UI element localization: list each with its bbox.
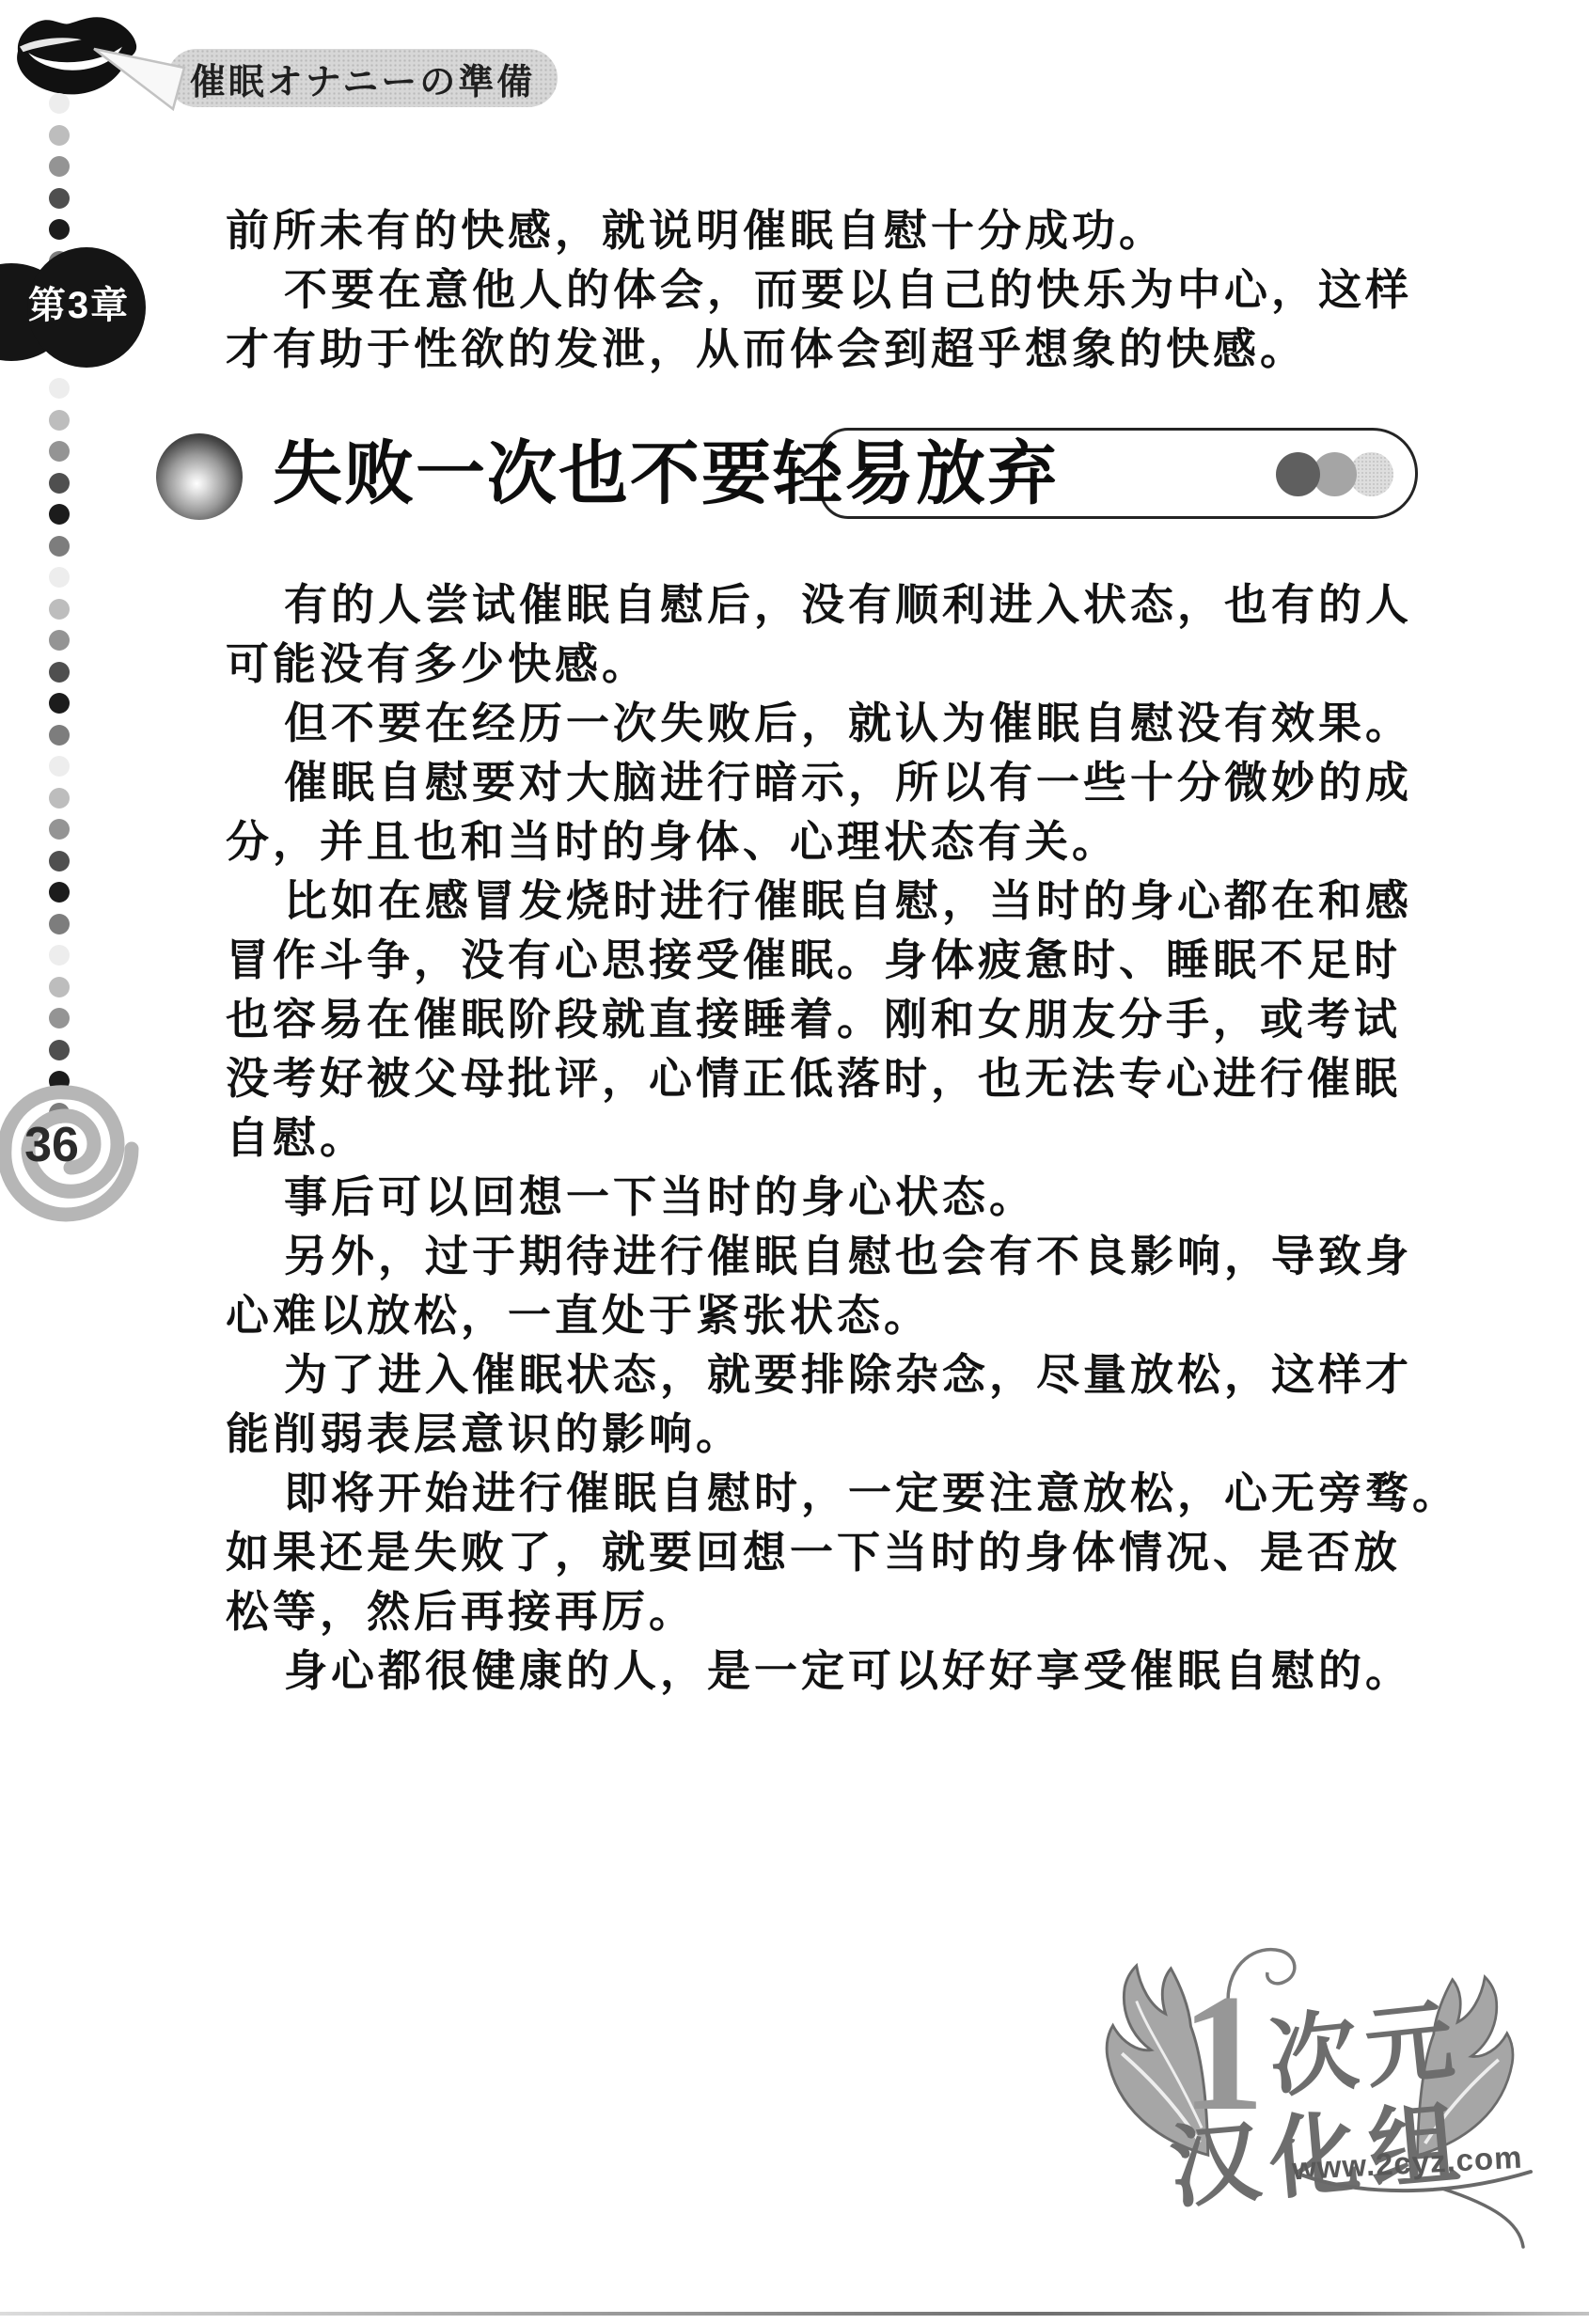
rail-dot-icon	[49, 1008, 70, 1029]
text-line: 另外，过于期待进行催眠自慰也会有不良影响，导致身	[226, 1227, 1429, 1286]
text-line: 比如在感冒发烧时进行催眠自慰，当时的身心都在和感	[226, 871, 1429, 931]
text-line: 如果还是失败了，就要回想一下当时的身体情况、是否放	[226, 1523, 1429, 1582]
rail-dot-icon	[49, 756, 70, 777]
rail-dot-icon	[49, 914, 70, 934]
speech-tail-icon	[90, 39, 188, 115]
text-line: 没考好被父母批评，心情正低落时，也无法专心进行催眠	[226, 1049, 1429, 1108]
text-line: 即将开始进行催眠自慰时，一定要注意放松，心无旁骛。	[226, 1464, 1429, 1523]
rail-dot-icon	[49, 599, 70, 620]
rail-dot-icon	[49, 725, 70, 746]
page-number: 36	[21, 1121, 83, 1170]
text-line: 身心都很健康的人，是一定可以好好享受催眠自慰的。	[226, 1641, 1429, 1701]
rail-dot-icon	[49, 378, 70, 399]
rail-dot-icon	[49, 693, 70, 714]
text-line: 不要在意他人的体会，而要以自己的快乐为中心，这样	[226, 260, 1429, 320]
rail-dot-icon	[49, 473, 70, 494]
rail-dot-icon	[49, 788, 70, 809]
text-line: 但不要在经历一次失败后，就认为催眠自慰没有效果。	[226, 694, 1429, 753]
bottom-scan-line	[0, 2312, 1589, 2316]
rail-dot-icon	[49, 567, 70, 588]
text-line: 分，并且也和当时的身体、心理状态有关。	[226, 812, 1429, 871]
section-heading-title: 失败一次也不要轻易放弃	[273, 438, 1059, 510]
text-line: 催眠自慰要对大脑进行暗示，所以有一些十分微妙的成	[226, 753, 1429, 812]
header-tab-label: 催眠オナニーの準備	[190, 53, 535, 104]
rail-dot-icon	[49, 630, 70, 651]
watermark-underline-swoosh-icon	[1301, 2168, 1536, 2254]
pill-circle-icon	[1276, 452, 1320, 496]
rail-dot-icon	[49, 882, 70, 903]
text-line: 自慰。	[226, 1108, 1429, 1168]
rail-dot-icon	[49, 536, 70, 557]
watermark-digit: 1	[1181, 1972, 1265, 2132]
rail-dot-icon	[49, 945, 70, 966]
text-line: 能削弱表层意识的影响。	[226, 1405, 1429, 1464]
rail-dot-icon	[49, 125, 70, 146]
chapter-badge-label: 第3章	[21, 285, 137, 326]
rail-dot-icon	[49, 93, 70, 114]
text-line: 可能没有多少快感。	[226, 635, 1429, 694]
text-line: 才有助于性欲的发泄，从而体会到超乎想象的快感。	[226, 320, 1429, 379]
rail-dot-icon	[49, 819, 70, 840]
header-tab: 催眠オナニーの準備	[167, 49, 558, 107]
rail-dot-icon	[49, 504, 70, 525]
rail-dot-icon	[49, 662, 70, 683]
intro-paragraph: 前所未有的快感，就说明催眠自慰十分成功。不要在意他人的体会，而要以自己的快乐为中…	[226, 201, 1429, 379]
text-line: 冒作斗争，没有心思接受催眠。身体疲惫时、睡眠不足时	[226, 931, 1429, 990]
text-line: 有的人尝试催眠自慰后，没有顺利进入状态，也有的人	[226, 575, 1429, 635]
rail-dot-icon	[49, 441, 70, 462]
rail-dot-icon	[49, 851, 70, 871]
text-line: 为了进入催眠状态，就要排除杂念，尽量放松，这样才	[226, 1345, 1429, 1405]
text-line: 也容易在催眠阶段就直接睡着。刚和女朋友分手，或考试	[226, 990, 1429, 1049]
text-line: 事后可以回想一下当时的身心状态。	[226, 1168, 1429, 1227]
rail-dot-icon	[49, 219, 70, 240]
text-line: 心难以放松，一直处于紧张状态。	[226, 1286, 1429, 1345]
rail-dot-icon	[49, 1040, 70, 1060]
watermark-word1: 次元	[1265, 1993, 1465, 2107]
rail-dot-icon	[49, 977, 70, 997]
text-line: 松等，然后再接再厉。	[226, 1582, 1429, 1641]
body-paragraphs: 有的人尝试催眠自慰后，没有顺利进入状态，也有的人可能没有多少快感。但不要在经历一…	[226, 575, 1429, 1701]
rail-dot-icon	[49, 156, 70, 177]
rail-dot-icon	[49, 410, 70, 431]
rail-dot-icon	[49, 188, 70, 209]
heading-bullet-sphere-icon	[156, 433, 243, 520]
book-page: 催眠オナニーの準備 第3章 36 前所未有的快感，就说明催眠自慰十分成功。不要在…	[0, 0, 1589, 2324]
text-line: 前所未有的快感，就说明催眠自慰十分成功。	[226, 201, 1429, 260]
